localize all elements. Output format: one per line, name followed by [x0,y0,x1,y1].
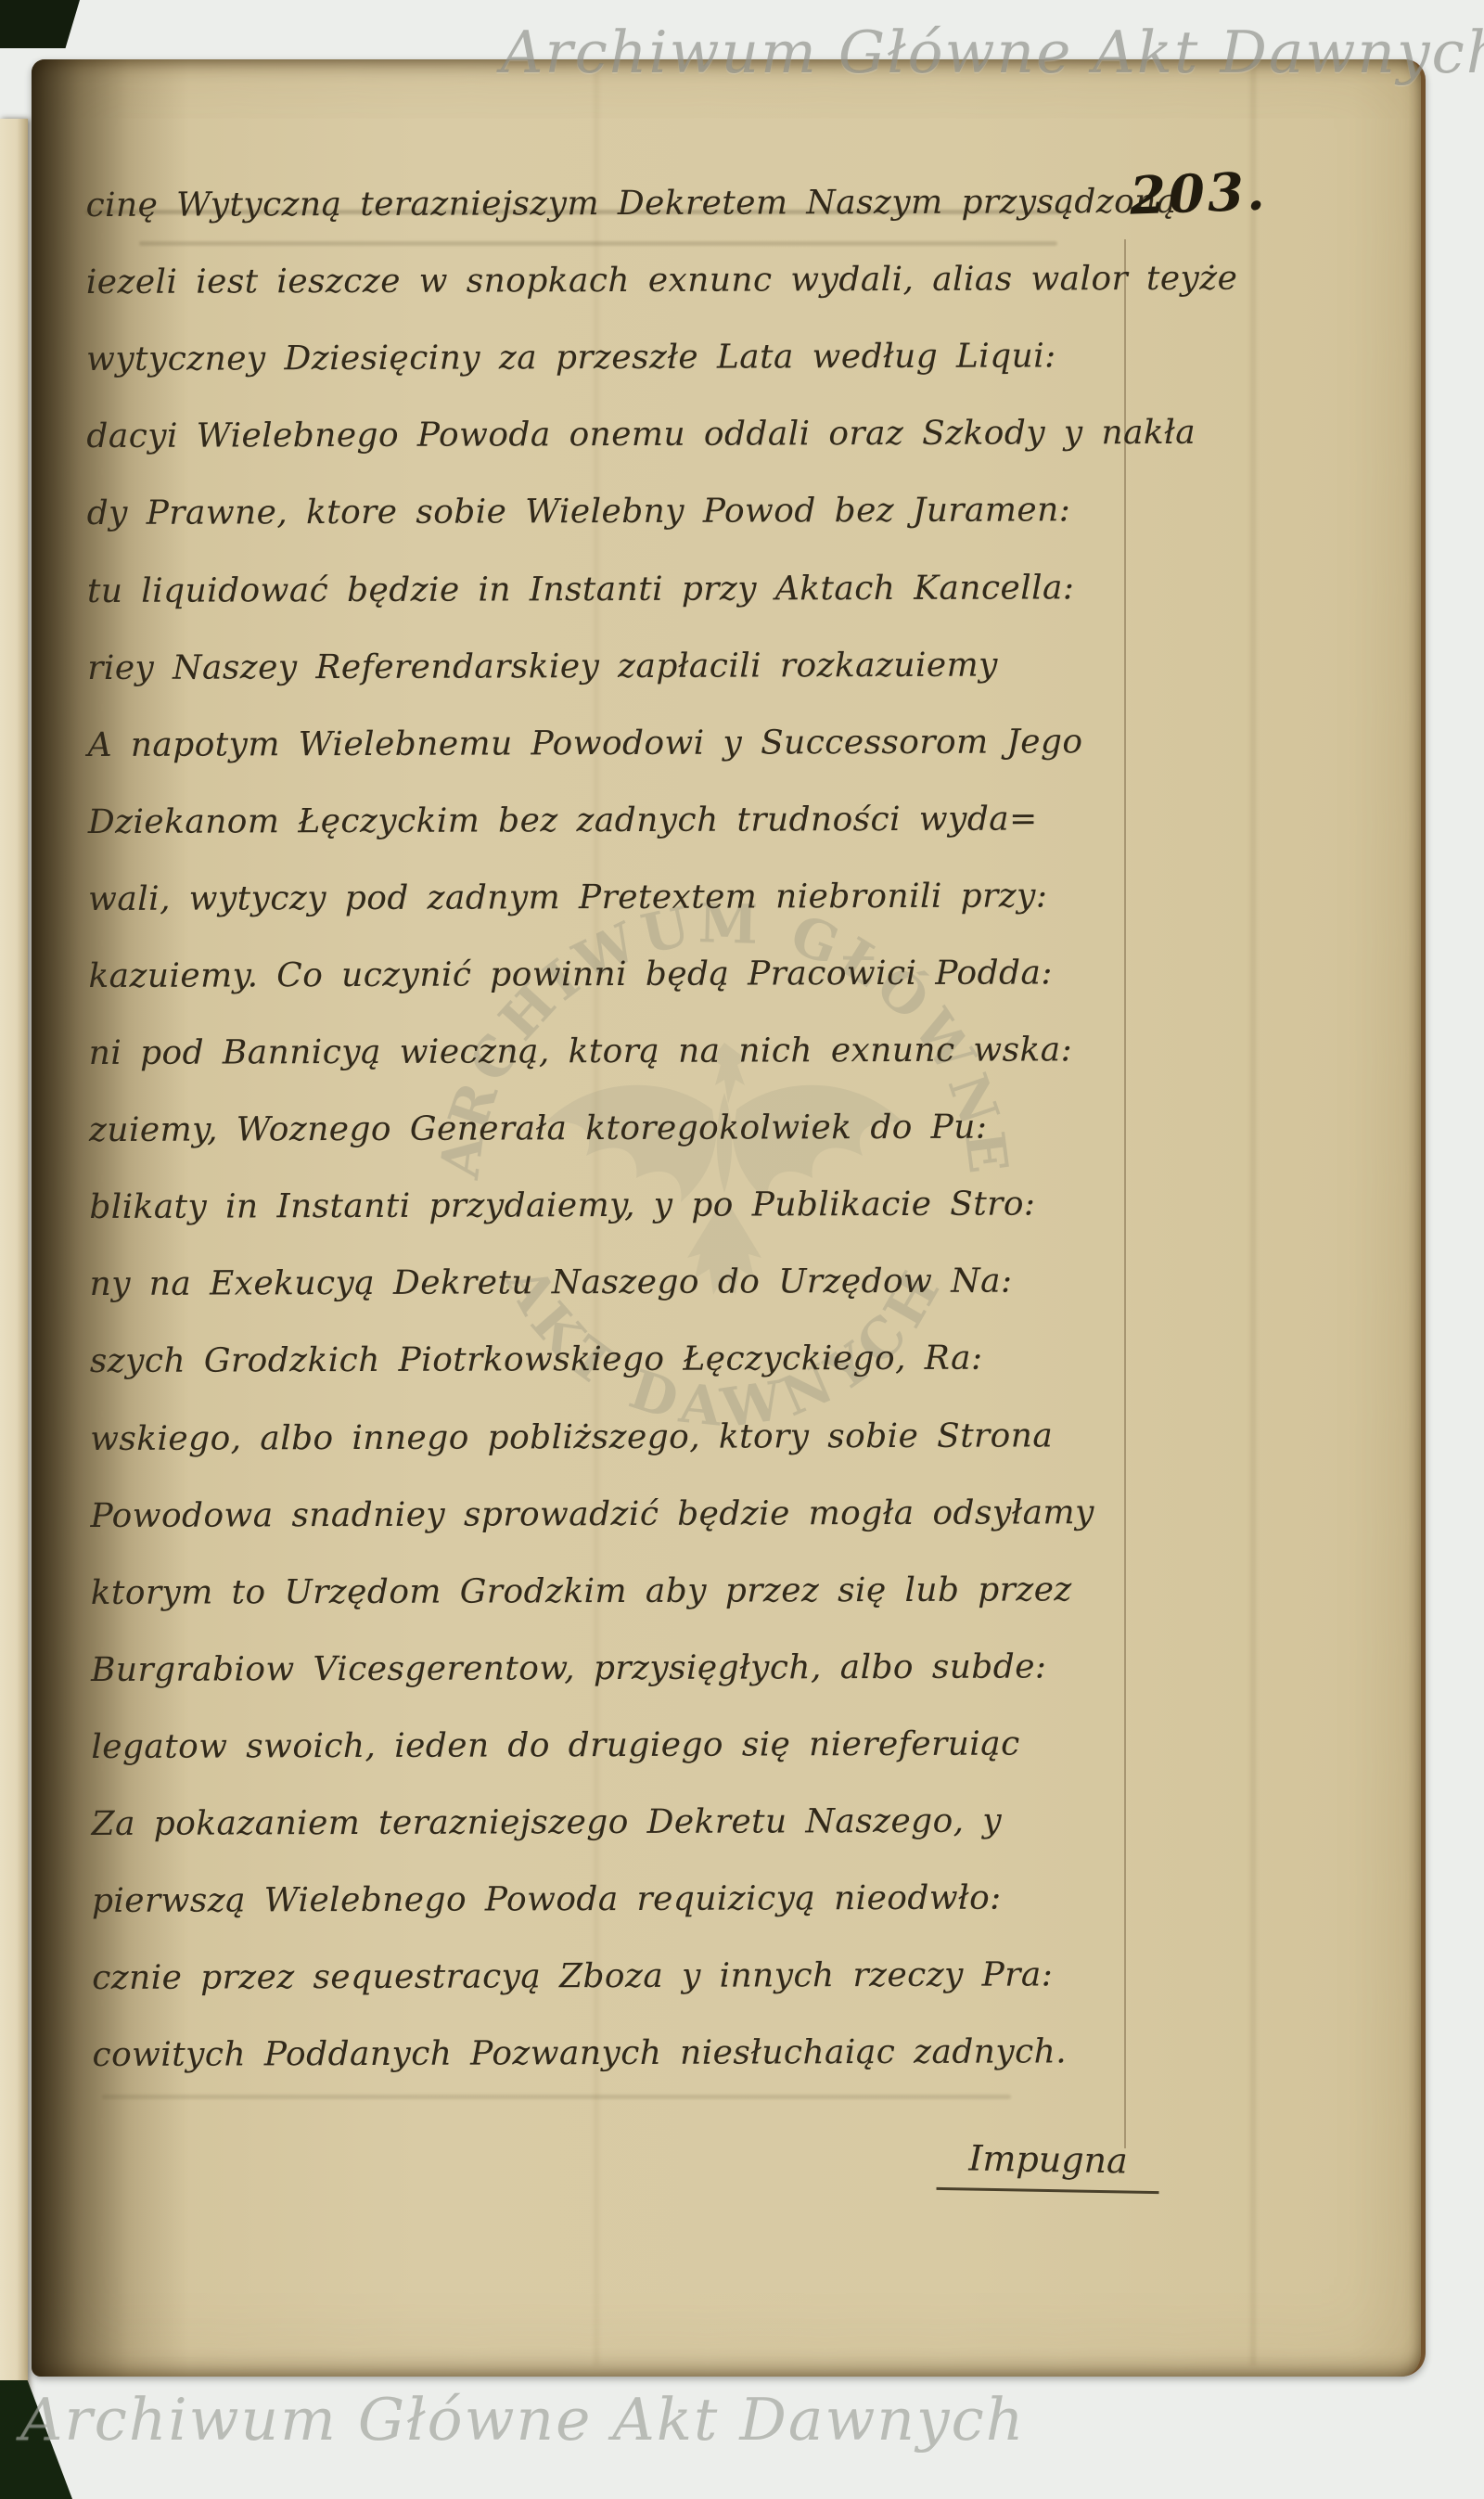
manuscript-line: iezeli iest ieszcze w snopkach exnunc wy… [86,240,1153,321]
manuscript-line: Burgrabiow Vicesgerentow, przysięgłych, … [91,1628,1158,1709]
manuscript-line: kazuiemy. Co uczynić powinni będą Pracow… [88,934,1155,1015]
manuscript-line: Powodowa snadniey sprowadzić będzie mogł… [90,1474,1157,1555]
manuscript-line: cowitych Poddanych Pozwanych niesłuchaią… [92,2013,1158,2094]
manuscript-line: Dziekanom Łęczyckim bez zadnych trudnośc… [88,780,1155,861]
manuscript-line: wytyczney Dziesięciny za przeszłe Lata w… [86,317,1153,398]
manuscript-line: Za pokazaniem terazniejszego Dekretu Nas… [91,1782,1158,1863]
ink-smudge [102,2095,1011,2099]
manuscript-line: ni pod Bannicyą wieczną, ktorą na nich e… [89,1011,1156,1092]
manuscript-line: A napotym Wielebnemu Powodowi y Successo… [87,703,1154,784]
manuscript-text: cinę Wytyczną terazniejszym Dekretem Nas… [85,163,1158,2094]
manuscript-line: legatow swoich, ieden do drugiego się ni… [91,1705,1158,1786]
manuscript-line: zuiemy, Woznego Generała ktoregokolwiek … [89,1088,1156,1169]
manuscript-line: cznie przez sequestracyą Zboza y innych … [92,1936,1158,2017]
manuscript-line: wali, wytyczy pod zadnym Pretextem niebr… [88,857,1155,938]
signature-impugna: Impugna [937,2137,1160,2194]
previous-page-edge [0,119,28,2408]
book-binding-top [0,0,80,48]
manuscript-line: cinę Wytyczną terazniejszym Dekretem Nas… [85,163,1152,244]
scan-background: ARCHIWUM GŁÓWNE AKT DAWNYCH cinę Wytyczn… [0,0,1484,2499]
manuscript-line: dacyi Wielebnego Powoda onemu oddali ora… [86,394,1153,475]
manuscript-line: wskiego, albo innego pobliższego, ktory … [90,1396,1157,1477]
watermark-bottom: Archiwum Główne Akt Dawnych [20,2386,1025,2454]
watermark-top: Archiwum Główne Akt Dawnych [501,19,1484,86]
paper-crease [1250,65,1256,2365]
page-number: 203. [1129,160,1269,226]
manuscript-line: tu liquidować będzie in Instanti przy Ak… [87,548,1154,629]
manuscript-line: blikaty in Instanti przydaiemy, y po Pub… [89,1165,1156,1246]
manuscript-line: dy Prawne, ktore sobie Wielebny Powod be… [87,471,1154,552]
manuscript-line: ny na Exekucyą Dekretu Naszego do Urzędo… [89,1242,1156,1323]
manuscript-line: riey Naszey Referendarskiey zapłacili ro… [87,626,1154,707]
manuscript-line: pierwszą Wielebnego Powoda requizicyą ni… [92,1859,1158,1940]
manuscript-line: ktorym to Urzędom Grodzkim aby przez się… [91,1551,1158,1632]
manuscript-line: szych Grodzkich Piotrkowskiego Łęczyckie… [90,1319,1157,1400]
